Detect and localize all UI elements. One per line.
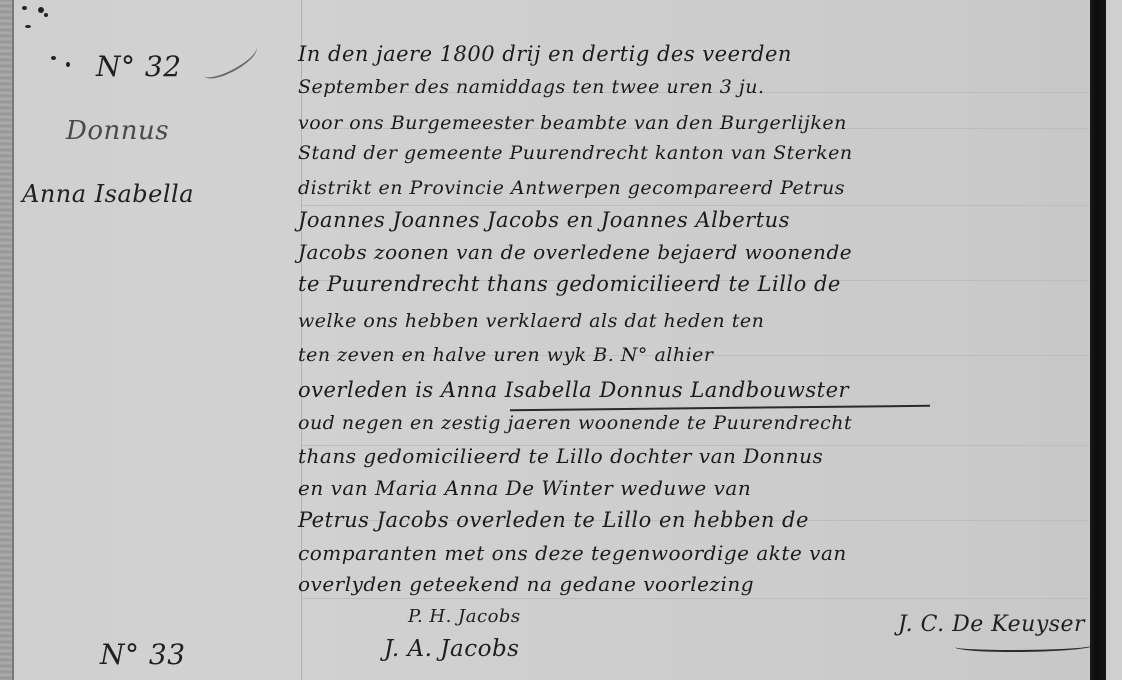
ruled-line [302, 205, 1090, 206]
deed-line: comparanten met ons deze tegenwoordige a… [298, 541, 847, 565]
book-binding [0, 0, 12, 680]
deed-line: Joannes Joannes Jacobs en Joannes Albert… [298, 208, 790, 232]
ink-speck [22, 6, 27, 10]
ink-speck [25, 25, 31, 28]
ruled-line [302, 598, 1090, 599]
signature-witness-1: P. H. Jacobs [408, 606, 521, 627]
deed-line: ten zeven en halve uren wyk B. N° alhier [298, 344, 713, 366]
signature-flourish [955, 640, 1095, 652]
ink-speck [66, 62, 70, 67]
signature-officer: J. C. De Keuyser [898, 612, 1085, 637]
ink-speck [51, 56, 56, 60]
entry-number: N° 32 [96, 50, 182, 83]
signature-witness-2: J. A. Jacobs [384, 636, 519, 662]
deed-line: voor ons Burgemeester beambte van den Bu… [298, 112, 847, 134]
ink-speck [38, 7, 44, 13]
deed-line: Stand der gemeente Puurendrecht kanton v… [298, 142, 853, 164]
deed-line: distrikt en Provincie Antwerpen gecompar… [298, 177, 845, 199]
deed-line: Petrus Jacobs overleden te Lillo en hebb… [298, 508, 809, 532]
name-underline [510, 405, 930, 411]
deed-line: thans gedomicilieerd te Lillo dochter va… [298, 444, 823, 468]
margin-surname: Donnus [66, 116, 169, 146]
facing-page-edge [1106, 0, 1122, 680]
gutter-shadow [1090, 0, 1106, 680]
scanned-register-page: N° 32 Donnus Anna Isabella N° 33 In den … [0, 0, 1122, 680]
margin-flourish [198, 38, 262, 83]
deed-line: Jacobs zoonen van de overledene bejaerd … [298, 240, 852, 264]
deed-line: In den jaere 1800 drij en dertig des vee… [298, 42, 792, 66]
next-entry-number: N° 33 [100, 638, 186, 671]
deed-line: overlyden geteekend na gedane voorlezing [298, 572, 754, 596]
deed-line: welke ons hebben verklaerd als dat heden… [298, 310, 764, 332]
margin-given-names: Anna Isabella [22, 180, 194, 208]
binding-edge [12, 0, 14, 680]
deed-line: en van Maria Anna De Winter weduwe van [298, 476, 751, 500]
ink-speck [44, 13, 48, 17]
deed-line: oud negen en zestig jaeren woonende te P… [298, 412, 852, 434]
deed-line: September des namiddags ten twee uren 3 … [298, 76, 765, 98]
deed-line: overleden is Anna Isabella Donnus Landbo… [298, 378, 849, 402]
deed-line: te Puurendrecht thans gedomicilieerd te … [298, 272, 841, 296]
